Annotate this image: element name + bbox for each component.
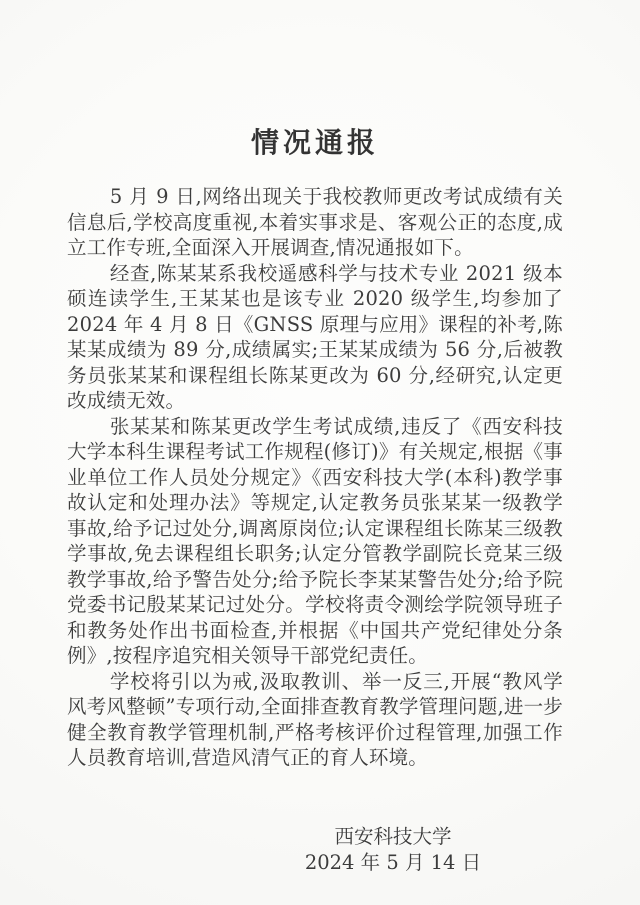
body-paragraph-4: 学校将引以为戒,汲取教训、举一反三,开展“教风学风考风整顿”专项行动,全面排查教…: [67, 669, 563, 771]
document-body: 5 月 9 日,网络出现关于我校教师更改考试成绩有关信息后,学校高度重视,本着实…: [67, 184, 563, 771]
signature-block: 西安科技大学 2024 年 5 月 14 日: [283, 825, 503, 875]
page-title: 情况通报: [67, 128, 563, 158]
signature-date: 2024 年 5 月 14 日: [283, 851, 503, 875]
body-paragraph-1: 5 月 9 日,网络出现关于我校教师更改考试成绩有关信息后,学校高度重视,本着实…: [67, 184, 563, 261]
body-paragraph-2: 经查,陈某某系我校遥感科学与技术专业 2021 级本硕连读学生,王某某也是该专业…: [67, 261, 563, 414]
signature-organization: 西安科技大学: [283, 825, 503, 849]
body-paragraph-3: 张某某和陈某更改学生考试成绩,违反了《西安科技大学本科生课程考试工作规程(修订)…: [67, 414, 563, 669]
document-content: 情况通报 5 月 9 日,网络出现关于我校教师更改考试成绩有关信息后,学校高度重…: [67, 0, 563, 905]
document-page: 情况通报 5 月 9 日,网络出现关于我校教师更改考试成绩有关信息后,学校高度重…: [0, 0, 640, 905]
